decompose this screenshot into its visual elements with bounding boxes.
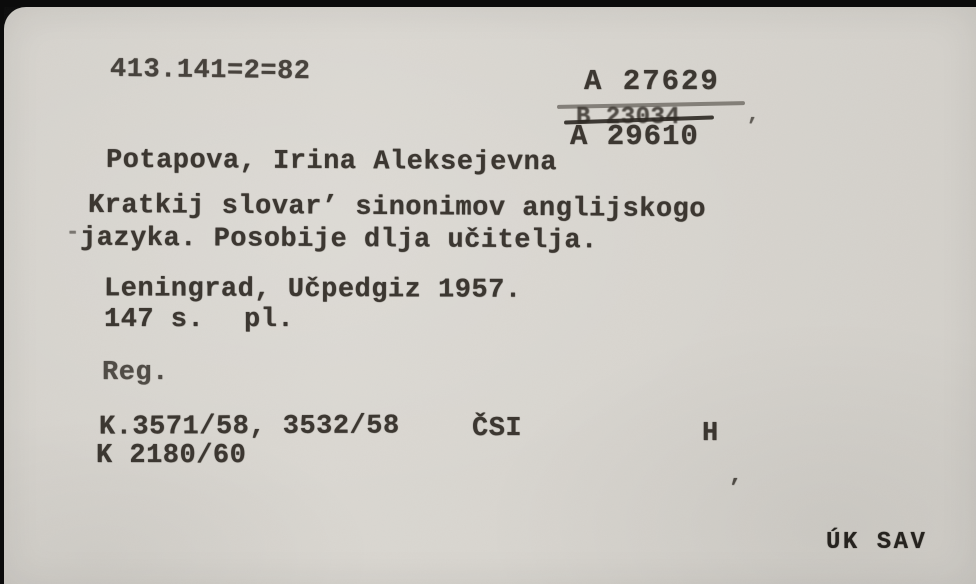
pen-tick-mark: ’ [746, 117, 759, 138]
registration-note: Reg. [102, 359, 169, 387]
acquisition-numbers-line-1: K.3571/58, 3532/58 [99, 412, 400, 441]
collation-plates: pl. [244, 306, 294, 334]
catalog-card-scan: 413.141=2=82 A 27629 B 23034 A 29610 ’ P… [0, 0, 976, 584]
imprint-line: Leningrad, Učpedgiz 1957. [104, 275, 522, 305]
letter-mark: H [702, 420, 719, 448]
title-line-2: jazyka. Posobije dlja učitelja. [80, 225, 598, 256]
institute-code: ČSI [472, 415, 522, 443]
index-card: 413.141=2=82 A 27629 B 23034 A 29610 ’ P… [4, 7, 976, 584]
stray-dash-mark: - [66, 221, 80, 244]
title-line-1: Kratkij slovar’ sinonimov anglijskogo [88, 192, 706, 225]
classification-number: 413.141=2=82 [110, 56, 311, 87]
accession-number-previous: A 29610 [570, 122, 699, 152]
library-stamp: ÚK SAV [826, 530, 927, 555]
accession-number-current: A 27629 [584, 67, 720, 97]
collation-pages: 147 s. [104, 306, 204, 334]
stray-ink-mark: ’ [728, 477, 742, 500]
author-heading: Potapova, Irina Aleksejevna [106, 147, 557, 178]
acquisition-numbers-line-2: K 2180/60 [96, 442, 246, 470]
